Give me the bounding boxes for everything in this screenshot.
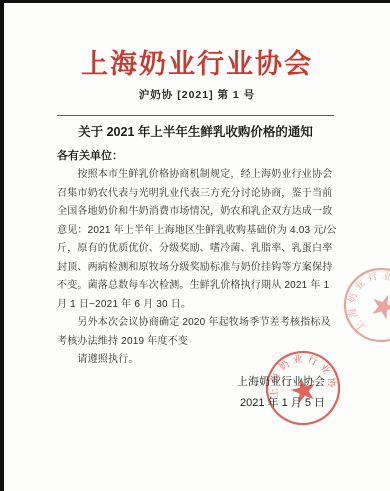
body-text: 按照本市生鲜乳价格协商机制规定，经上海奶业行业协会召集市奶农代表与光明乳业代表三… (57, 166, 334, 370)
org-title: 上海奶业行业协会 (4, 47, 390, 81)
document-page: 上海奶业行业协会 沪奶协 [2021] 第 1 号 关于 2021 年上半年生鲜… (4, 3, 390, 491)
body-line: 斤，原有的优质优价、分级奖励、嗜冷菌、乳脂率、乳蛋白率 (57, 240, 334, 259)
salutation: 各有关单位： (57, 146, 334, 166)
body-line: 召集市奶农代表与光明乳业代表三方充分讨论协商，鉴于当前 (57, 185, 334, 204)
seal-circle (336, 260, 390, 350)
body-line: 请遵照执行。 (57, 351, 334, 370)
signature-org: 上海奶业行业协会 (57, 372, 325, 393)
body-line: 全国各地奶价和牛奶消费市场情况，奶农和乳企双方达成一致 (57, 203, 334, 222)
body-line: 意见：2021 年上半年上海地区生鲜乳收购基础价为 4.03 元/公 (57, 222, 334, 241)
body-line: 月 1 日~2021 年 6 月 30 日。 (57, 296, 334, 315)
seal-curved-text: 上海奶业行业协会 (336, 260, 390, 350)
notice-title: 关于 2021 年上半年生鲜乳收购价格的通知 (57, 124, 334, 141)
document-content: 关于 2021 年上半年生鲜乳收购价格的通知 各有关单位： 按照本市生鲜乳价格协… (57, 115, 334, 414)
side-seal: 上海奶业行业协会 (336, 260, 390, 350)
star-icon (365, 289, 390, 323)
signature-date: 2021 年 1 月 5 日 (57, 393, 325, 414)
scanned-document: 上海奶业行业协会 沪奶协 [2021] 第 1 号 关于 2021 年上半年生鲜… (0, 0, 390, 491)
doc-number: 沪奶协 [2021] 第 1 号 (4, 88, 390, 103)
body-line: 另外本次会议协商确定 2020 年起牧场季节差考核指标及 (57, 314, 334, 333)
body-line: 考核办法维持 2019 年度不变 (57, 333, 334, 352)
body-line: 不变。菌落总数每车次检测。生鲜乳价格执行期从 2021 年 1 (57, 277, 334, 296)
red-divider (57, 115, 334, 116)
signature-block: 上海奶业行业协会 2021 年 1 月 5 日 (57, 372, 334, 414)
body-line: 按照本市生鲜乳价格协商机制规定，经上海奶业行业协会 (57, 166, 334, 185)
svg-text:上海奶业行业协会: 上海奶业行业协会 (336, 260, 390, 350)
body-line: 封顶、两病检测和原牧场分级奖励标准与奶价挂钩等方案保持 (57, 259, 334, 278)
